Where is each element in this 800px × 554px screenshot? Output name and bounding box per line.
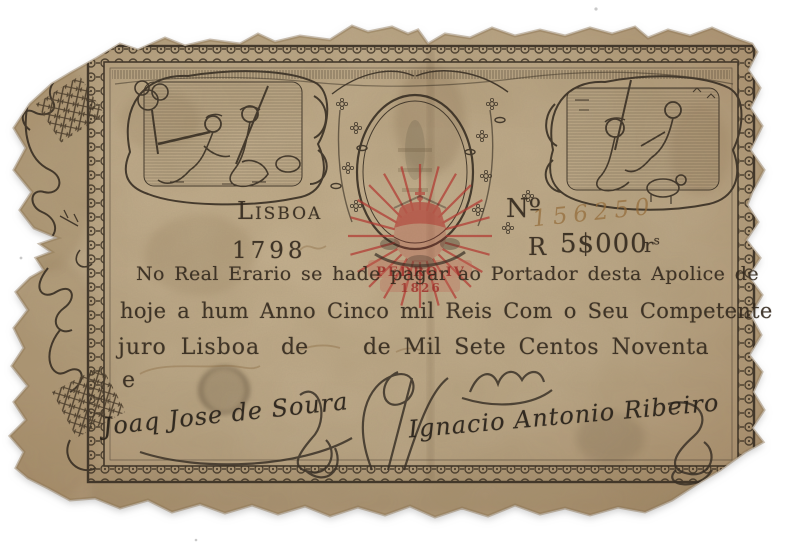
city-label: Lisboa xyxy=(237,197,322,225)
body-text-line1: No Real Erario se hade pagar ao Portador… xyxy=(136,263,759,285)
body-text-line3-part2: de xyxy=(281,335,308,360)
denomination-suffix: rs xyxy=(644,233,660,257)
body-text-line2: hoje a hum Anno Cinco mil Reis Com o Seu… xyxy=(120,299,773,323)
body-text-line3-part3: de Mil Sete Centos Noventa xyxy=(363,335,709,360)
scanned-banknote-image: PEDRO IV 1826 Lisboa 1798 Nº 156250 R 5$… xyxy=(0,0,800,554)
right-vignette-engraving xyxy=(546,76,742,209)
red-revalidation-stamp: PEDRO IV 1826 xyxy=(348,164,492,308)
left-vignette-engraving xyxy=(126,71,327,204)
denomination-suffix-base: r xyxy=(644,233,654,257)
year-label: 1798 xyxy=(232,238,307,264)
denomination-prefix: R xyxy=(528,233,546,261)
denomination-suffix-sup: s xyxy=(654,233,660,247)
body-text-line4: e xyxy=(122,368,135,393)
denomination-value: 5$000 xyxy=(560,229,648,259)
body-text-line3-part1: juro Lisboa xyxy=(118,335,260,360)
